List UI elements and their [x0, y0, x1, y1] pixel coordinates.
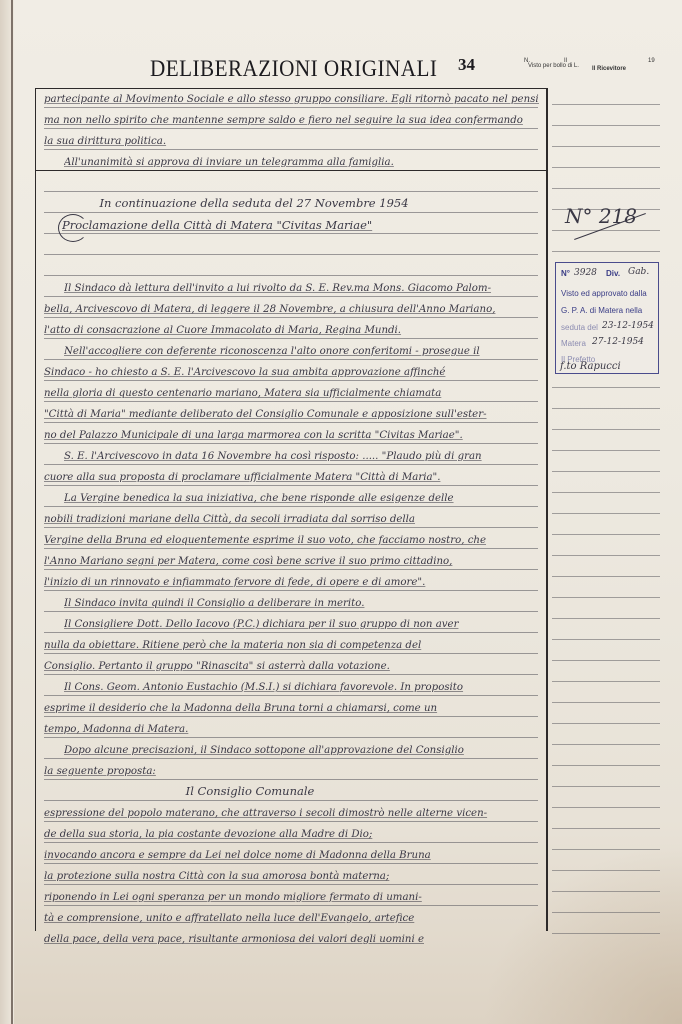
- deliberation-subject: Proclamazione della Città di Matera "Civ…: [62, 219, 557, 232]
- text-line: Il Sindaco invita quindi il Consiglio a …: [64, 597, 539, 610]
- ruled-line: [44, 128, 538, 129]
- ruled-line: [44, 338, 538, 339]
- page-number: 34: [458, 55, 475, 75]
- text-line: Vergine della Bruna ed eloquentemente es…: [44, 534, 539, 547]
- text-line: la seguente proposta:: [44, 765, 539, 778]
- stamp-year-label: 19: [648, 58, 655, 64]
- ruled-line: [44, 821, 538, 822]
- ruled-line: [44, 380, 538, 381]
- ruled-line: [44, 800, 538, 801]
- text-line: Il Consigliere Dott. Dello Iacovo (P.C.)…: [64, 618, 539, 631]
- ruled-line: [44, 527, 538, 528]
- approval-stamp: N° 3928 Div. Gab. Visto ed approvato dal…: [555, 262, 659, 374]
- margin-ruled-line: [552, 870, 660, 871]
- margin-ruled-line: [552, 702, 660, 703]
- ruled-line: [44, 275, 538, 276]
- text-line: l'Anno Mariano segni per Matera, come co…: [44, 555, 539, 568]
- stamp-number-value: 3928: [574, 268, 597, 278]
- ruled-line: [44, 632, 538, 633]
- stamp-ricevitore-label: Il Ricevitore: [592, 66, 626, 72]
- text-line: tà e comprensione, unito e affratellato …: [44, 912, 539, 925]
- text-line: ma non nello spirito che mantenne sempre…: [44, 114, 539, 127]
- text-line: tempo, Madonna di Matera.: [44, 723, 539, 736]
- stamp-division-value: Gab.: [628, 267, 649, 277]
- stamp-visto-label: Visto per bollo di L.: [528, 63, 579, 69]
- section-divider: [36, 170, 546, 171]
- ruled-line: [44, 191, 538, 192]
- margin-ruled-line: [552, 429, 660, 430]
- margin-ruled-line: [552, 251, 660, 252]
- text-line: espressione del popolo materano, che att…: [44, 807, 539, 820]
- ruled-line: [44, 317, 538, 318]
- stamp-session-date: 23-12-1954: [602, 321, 654, 331]
- text-line: S. E. l'Arcivescovo in data 16 Novembre …: [64, 450, 539, 463]
- text-line: Il Sindaco dà lettura dell'invito a lui …: [64, 282, 539, 295]
- margin-ruled-line: [552, 660, 660, 661]
- margin-ruled-line: [552, 891, 660, 892]
- text-line: invocando ancora e sempre da Lei nel dol…: [44, 849, 539, 862]
- margin-ruled-line: [552, 807, 660, 808]
- margin-ruled-line: [552, 912, 660, 913]
- text-line: no del Palazzo Municipale di una larga m…: [44, 429, 539, 442]
- stamp-signature: f.to Rapucci: [560, 361, 621, 372]
- margin-ruled-line: [552, 597, 660, 598]
- ruled-line: [44, 422, 538, 423]
- ruled-line: [44, 674, 538, 675]
- ruled-line: [44, 233, 538, 234]
- stamp-place-label: Matera: [561, 339, 586, 348]
- session-heading: In continuazione della seduta del 27 Nov…: [44, 197, 464, 210]
- text-line: All'unanimità si approva di inviare un t…: [64, 156, 539, 169]
- margin-ruled-line: [552, 786, 660, 787]
- ruled-line: [44, 401, 538, 402]
- text-line: La Vergine benedica la sua iniziativa, c…: [64, 492, 539, 505]
- ruled-line: [44, 107, 538, 108]
- page-title: DELIBERAZIONI ORIGINALI: [150, 56, 437, 82]
- text-line: Sindaco - ho chiesto a S. E. l'Arcivesco…: [44, 366, 539, 379]
- text-line: partecipante al Movimento Sociale e allo…: [44, 93, 539, 106]
- ruled-line: [44, 842, 538, 843]
- margin-ruled-line: [552, 723, 660, 724]
- margin-ruled-line: [552, 828, 660, 829]
- text-line: Consiglio. Pertanto il gruppo "Rinascita…: [44, 660, 539, 673]
- margin-ruled-line: [552, 188, 660, 189]
- stamp-session-label: seduta del: [561, 323, 598, 332]
- ruled-line: [44, 611, 538, 612]
- ruled-line: [44, 506, 538, 507]
- ruled-line: [44, 863, 538, 864]
- text-line: nulla da obiettare. Ritiene però che la …: [44, 639, 539, 652]
- stamp-line-approved: Visto ed approvato dalla: [561, 289, 647, 298]
- margin-ruled-line: [552, 618, 660, 619]
- text-line: "Città di Maria" mediante deliberato del…: [44, 408, 539, 421]
- ruled-line: [44, 548, 538, 549]
- ruled-line: [44, 758, 538, 759]
- text-line: Il Cons. Geom. Antonio Eustachio (M.S.I.…: [64, 681, 539, 694]
- text-line: la sua dirittura politica.: [44, 135, 539, 148]
- margin-ruled-line: [552, 513, 660, 514]
- ruled-line: [44, 716, 538, 717]
- ruled-line: [44, 464, 538, 465]
- ruled-line: [44, 884, 538, 885]
- margin-ruled-line: [552, 167, 660, 168]
- registration-number: N° 218: [565, 204, 637, 228]
- margin-ruled-line: [552, 639, 660, 640]
- margin-ruled-line: [552, 681, 660, 682]
- margin-ruled-line: [552, 230, 660, 231]
- text-line: esprime il desiderio che la Madonna dell…: [44, 702, 539, 715]
- ruled-line: [44, 443, 538, 444]
- ruled-line: [44, 737, 538, 738]
- text-line: Dopo alcune precisazioni, il Sindaco sot…: [64, 744, 539, 757]
- margin-ruled-line: [552, 408, 660, 409]
- margin-ruled-line: [552, 576, 660, 577]
- text-line: nobili tradizioni mariane della Città, d…: [44, 513, 539, 526]
- ruled-line: [44, 359, 538, 360]
- text-line: bella, Arcivescovo di Matera, di leggere…: [44, 303, 539, 316]
- ruled-line: [44, 653, 538, 654]
- council-heading: Il Consiglio Comunale: [120, 785, 380, 798]
- margin-ruled-line: [552, 125, 660, 126]
- text-line: l'atto di consacrazione al Cuore Immacol…: [44, 324, 539, 337]
- margin-ruled-line: [552, 744, 660, 745]
- stamp-number-label: N°: [561, 269, 570, 278]
- ruled-line: [44, 905, 538, 906]
- margin-ruled-line: [552, 146, 660, 147]
- margin-ruled-line: [552, 555, 660, 556]
- margin-ruled-line: [552, 933, 660, 934]
- ruled-line: [44, 212, 538, 213]
- margin-ruled-line: [552, 450, 660, 451]
- margin-ruled-line: [552, 104, 660, 105]
- stamp-line-gpa: G. P. A. di Matera nella: [561, 306, 642, 315]
- text-line: Nell'accogliere con deferente riconoscen…: [64, 345, 539, 358]
- ruled-line: [44, 695, 538, 696]
- stamp-place-date: 27-12-1954: [592, 337, 644, 347]
- ruled-line: [44, 569, 538, 570]
- margin-ruled-line: [552, 534, 660, 535]
- text-line: de della sua storia, la pia costante dev…: [44, 828, 539, 841]
- text-line: della pace, della vera pace, risultante …: [44, 933, 539, 946]
- text-line: nella gloria di questo centenario marian…: [44, 387, 539, 400]
- ruled-line: [44, 254, 538, 255]
- text-line: riponendo in Lei ogni speranza per un mo…: [44, 891, 539, 904]
- text-line: l'inizio di un rinnovato e infiammato fe…: [44, 576, 539, 589]
- text-line: cuore alla sua proposta di proclamare uf…: [44, 471, 539, 484]
- binding-edge-line: [11, 0, 13, 1024]
- margin-ruled-line: [552, 849, 660, 850]
- margin-ruled-line: [552, 387, 660, 388]
- margin-ruled-line: [552, 471, 660, 472]
- ruled-line: [44, 296, 538, 297]
- ruled-line: [44, 485, 538, 486]
- ruled-line: [44, 149, 538, 150]
- stamp-division-label: Div.: [606, 269, 620, 278]
- ruled-line: [44, 590, 538, 591]
- main-text-column: [35, 88, 548, 931]
- ruled-line: [44, 779, 538, 780]
- margin-ruled-line: [552, 492, 660, 493]
- margin-ruled-line: [552, 765, 660, 766]
- text-line: la protezione sulla nostra Città con la …: [44, 870, 539, 883]
